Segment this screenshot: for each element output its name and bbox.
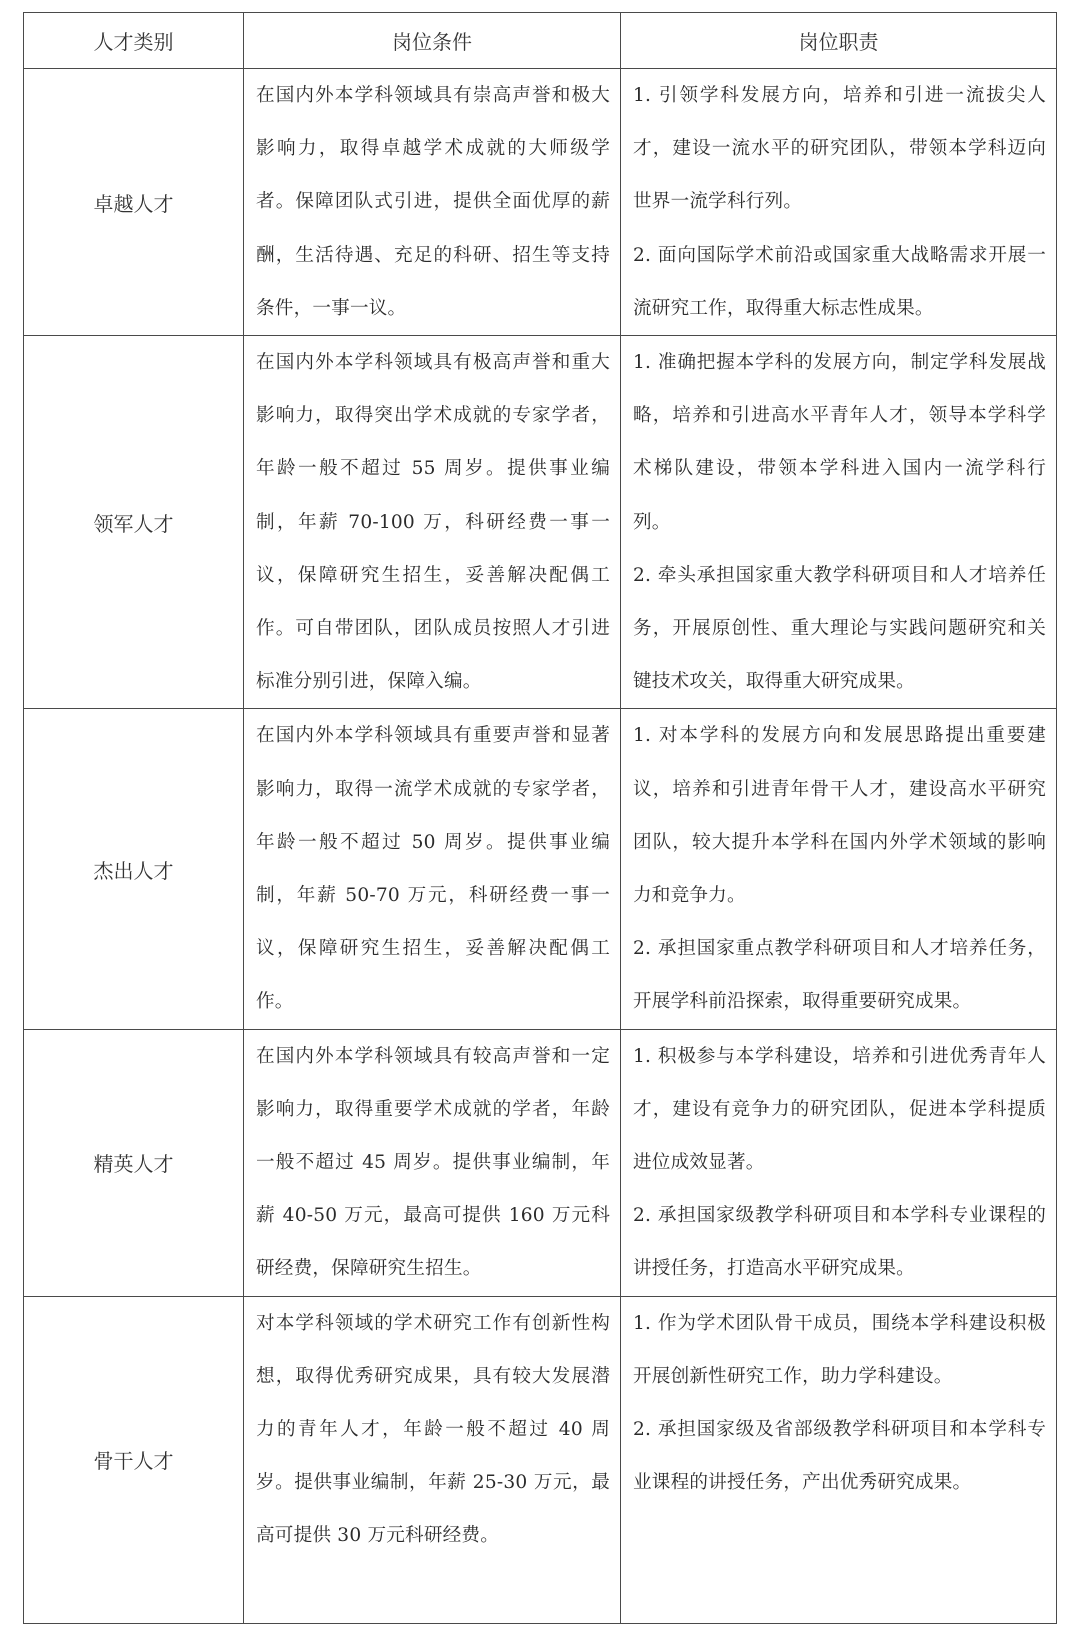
duty-item: 1. 引领学科发展方向，培养和引进一流拔尖人才，建设一流水平的研究团队，带领本学… xyxy=(633,69,1046,229)
duties-cell: 1. 积极参与本学科建设，培养和引进优秀青年人才，建设有竞争力的研究团队，促进本… xyxy=(621,1029,1057,1296)
duty-item: 2. 牵头承担国家重大教学科研项目和人才培养任务，开展原创性、重大理论与实践问题… xyxy=(633,549,1046,709)
duty-item: 2. 承担国家级教学科研项目和本学科专业课程的讲授任务，打造高水平研究成果。 xyxy=(633,1189,1046,1295)
conditions-cell: 在国内外本学科领域具有极高声誉和重大影响力，取得突出学术成就的专家学者，年龄一般… xyxy=(244,336,621,709)
table-row: 杰出人才 在国内外本学科领域具有重要声誉和显著影响力，取得一流学术成就的专家学者… xyxy=(24,709,1057,1029)
table-row: 精英人才 在国内外本学科领域具有较高声誉和一定影响力，取得重要学术成就的学者，年… xyxy=(24,1029,1057,1296)
duty-item: 2. 面向国际学术前沿或国家重大战略需求开展一流研究工作，取得重大标志性成果。 xyxy=(633,229,1046,335)
conditions-cell: 在国内外本学科领域具有较高声誉和一定影响力，取得重要学术成就的学者，年龄一般不超… xyxy=(244,1029,621,1296)
category-cell: 杰出人才 xyxy=(24,709,244,1029)
duty-item: 1. 作为学术团队骨干成员，围绕本学科建设积极开展创新性研究工作，助力学科建设。 xyxy=(633,1297,1046,1403)
duties-cell: 1. 准确把握本学科的发展方向，制定学科发展战略，培养和引进高水平青年人才，领导… xyxy=(621,336,1057,709)
duty-item: 1. 准确把握本学科的发展方向，制定学科发展战略，培养和引进高水平青年人才，领导… xyxy=(633,336,1046,549)
conditions-cell: 在国内外本学科领域具有重要声誉和显著影响力，取得一流学术成就的专家学者，年龄一般… xyxy=(244,709,621,1029)
table-header-row: 人才类别 岗位条件 岗位职责 xyxy=(24,13,1057,69)
duties-cell: 1. 作为学术团队骨干成员，围绕本学科建设积极开展创新性研究工作，助力学科建设。… xyxy=(621,1296,1057,1623)
duty-item: 1. 对本学科的发展方向和发展思路提出重要建议，培养和引进青年骨干人才，建设高水… xyxy=(633,709,1046,922)
category-cell: 卓越人才 xyxy=(24,69,244,336)
table-row: 领军人才 在国内外本学科领域具有极高声誉和重大影响力，取得突出学术成就的专家学者… xyxy=(24,336,1057,709)
duty-item: 1. 积极参与本学科建设，培养和引进优秀青年人才，建设有竞争力的研究团队，促进本… xyxy=(633,1030,1046,1190)
category-cell: 精英人才 xyxy=(24,1029,244,1296)
header-conditions: 岗位条件 xyxy=(244,13,621,69)
category-cell: 领军人才 xyxy=(24,336,244,709)
duties-cell: 1. 引领学科发展方向，培养和引进一流拔尖人才，建设一流水平的研究团队，带领本学… xyxy=(621,69,1057,336)
category-cell: 骨干人才 xyxy=(24,1296,244,1623)
table-row: 卓越人才 在国内外本学科领域具有崇高声誉和极大影响力，取得卓越学术成就的大师级学… xyxy=(24,69,1057,336)
talent-positions-table: 人才类别 岗位条件 岗位职责 卓越人才 在国内外本学科领域具有崇高声誉和极大影响… xyxy=(23,12,1057,1624)
duty-item: 2. 承担国家级及省部级教学科研项目和本学科专业课程的讲授任务，产出优秀研究成果… xyxy=(633,1403,1046,1509)
table-row: 骨干人才 对本学科领域的学术研究工作有创新性构想，取得优秀研究成果，具有较大发展… xyxy=(24,1296,1057,1623)
duties-cell: 1. 对本学科的发展方向和发展思路提出重要建议，培养和引进青年骨干人才，建设高水… xyxy=(621,709,1057,1029)
duty-item: 2. 承担国家重点教学科研项目和人才培养任务，开展学科前沿探索，取得重要研究成果… xyxy=(633,922,1046,1028)
header-category: 人才类别 xyxy=(24,13,244,69)
conditions-cell: 在国内外本学科领域具有崇高声誉和极大影响力，取得卓越学术成就的大师级学者。保障团… xyxy=(244,69,621,336)
conditions-cell: 对本学科领域的学术研究工作有创新性构想，取得优秀研究成果，具有较大发展潜力的青年… xyxy=(244,1296,621,1623)
header-duties: 岗位职责 xyxy=(621,13,1057,69)
